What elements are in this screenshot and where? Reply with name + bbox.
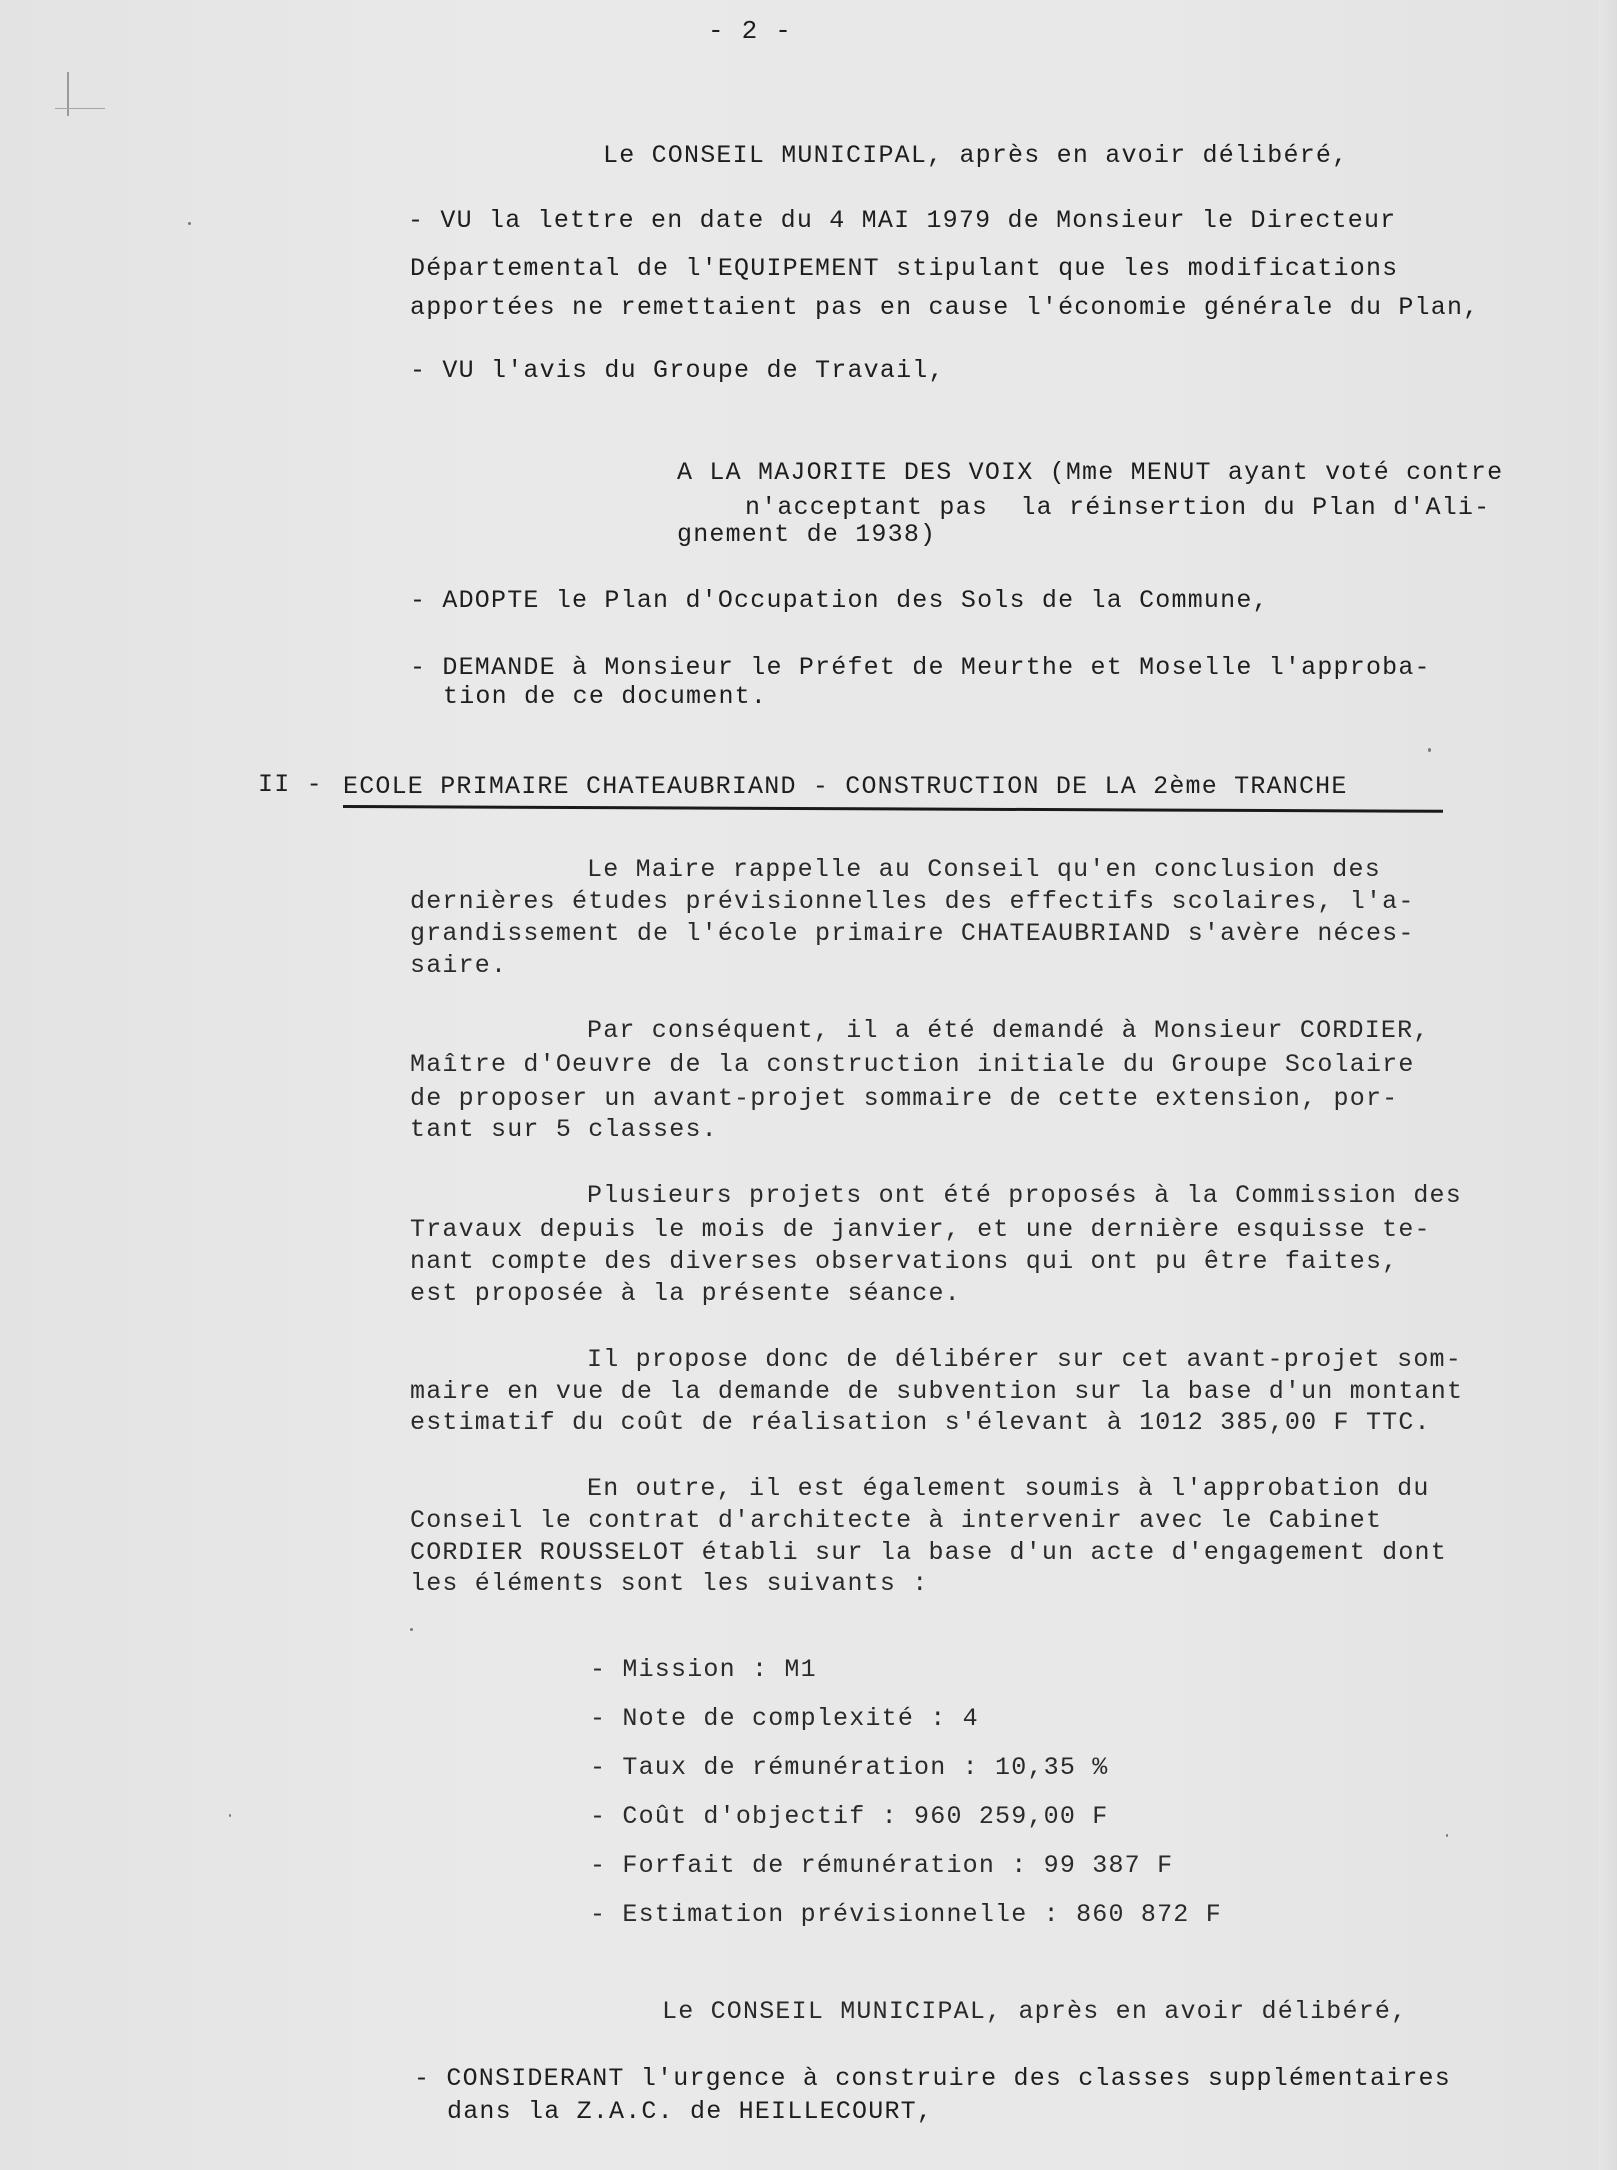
demande-line: - DEMANDE à Monsieur le Préfet de Meurth… xyxy=(410,655,1431,680)
paragraph-line: Le Maire rappelle au Conseil qu'en concl… xyxy=(587,857,1381,882)
paragraph-line: Plusieurs projets ont été proposés à la … xyxy=(587,1183,1462,1208)
paragraph-line: En outre, il est également soumis à l'ap… xyxy=(587,1476,1430,1501)
paragraph-line: les éléments sont les suivants : xyxy=(410,1571,928,1596)
vote-result-line: A LA MAJORITE DES VOIX (Mme MENUT ayant … xyxy=(677,460,1503,485)
paragraph-line: Travaux depuis le mois de janvier, et un… xyxy=(410,1217,1431,1242)
paragraph-line: nant compte des diverses observations qu… xyxy=(410,1249,1398,1274)
vote-result-line: n'acceptant pas la réinsertion du Plan d… xyxy=(745,495,1490,520)
page-number: - 2 - xyxy=(708,18,792,44)
paragraph-line: de proposer un avant-projet sommaire de … xyxy=(410,1086,1398,1111)
scan-mark xyxy=(67,72,69,116)
scan-speck xyxy=(1428,748,1431,752)
vu-lettre-line: - VU la lettre en date du 4 MAI 1979 de … xyxy=(408,208,1396,233)
paragraph-line: maire en vue de la demande de subvention… xyxy=(410,1379,1463,1404)
scanned-page: - 2 - Le CONSEIL MUNICIPAL, après en avo… xyxy=(0,0,1617,2170)
paragraph-line: dernières études prévisionnelles des eff… xyxy=(410,889,1415,914)
contract-item-estimation: - Estimation prévisionnelle : 860 872 F xyxy=(590,1902,1222,1927)
paragraph-line: estimatif du coût de réalisation s'éleva… xyxy=(410,1410,1431,1435)
considerant-line: dans la Z.A.C. de HEILLECOURT, xyxy=(447,2099,933,2124)
section-title: ECOLE PRIMAIRE CHATEAUBRIAND - CONSTRUCT… xyxy=(343,774,1348,799)
vu-lettre-line: Départemental de l'EQUIPEMENT stipulant … xyxy=(410,256,1398,281)
vu-lettre-line: apportées ne remettaient pas en cause l'… xyxy=(410,295,1479,320)
scan-mark xyxy=(55,108,105,109)
paragraph-line: CORDIER ROUSSELOT établi sur la base d'u… xyxy=(410,1540,1447,1565)
paragraph-line: Maître d'Oeuvre de la construction initi… xyxy=(410,1052,1415,1077)
page-edge-shadow xyxy=(1599,0,1617,2170)
scan-speck xyxy=(410,1628,413,1631)
vu-avis-line: - VU l'avis du Groupe de Travail, xyxy=(410,358,945,383)
council-deliberation-intro: Le CONSEIL MUNICIPAL, après en avoir dél… xyxy=(662,1999,1407,2024)
paragraph-line: Il propose donc de délibérer sur cet ava… xyxy=(587,1347,1462,1372)
contract-item-cout: - Coût d'objectif : 960 259,00 F xyxy=(590,1804,1108,1829)
paragraph-line: Par conséquent, il a été demandé à Monsi… xyxy=(587,1018,1430,1043)
council-deliberation-intro: Le CONSEIL MUNICIPAL, après en avoir dél… xyxy=(603,143,1348,168)
contract-item-forfait: - Forfait de rémunération : 99 387 F xyxy=(590,1853,1173,1878)
paragraph-line: grandissement de l'école primaire CHATEA… xyxy=(410,921,1415,946)
vote-result-line: gnement de 1938) xyxy=(677,522,936,547)
paragraph-line: est proposée à la présente séance. xyxy=(410,1281,961,1306)
paragraph-line: saire. xyxy=(410,953,507,978)
scan-speck xyxy=(229,1814,231,1817)
contract-item-mission: - Mission : M1 xyxy=(590,1657,817,1682)
contract-item-complexite: - Note de complexité : 4 xyxy=(590,1706,979,1731)
contract-item-taux: - Taux de rémunération : 10,35 % xyxy=(590,1755,1108,1780)
paragraph-line: tant sur 5 classes. xyxy=(410,1117,718,1142)
demande-line: tion de ce document. xyxy=(443,684,767,709)
scan-speck xyxy=(188,222,191,225)
paragraph-line: Conseil le contrat d'architecte à interv… xyxy=(410,1508,1382,1533)
section-number: II - xyxy=(258,772,323,797)
scan-speck xyxy=(1446,1834,1448,1837)
section-title-underline xyxy=(343,805,1443,813)
adopte-line: - ADOPTE le Plan d'Occupation des Sols d… xyxy=(410,588,1269,613)
considerant-line: - CONSIDERANT l'urgence à construire des… xyxy=(414,2066,1451,2091)
